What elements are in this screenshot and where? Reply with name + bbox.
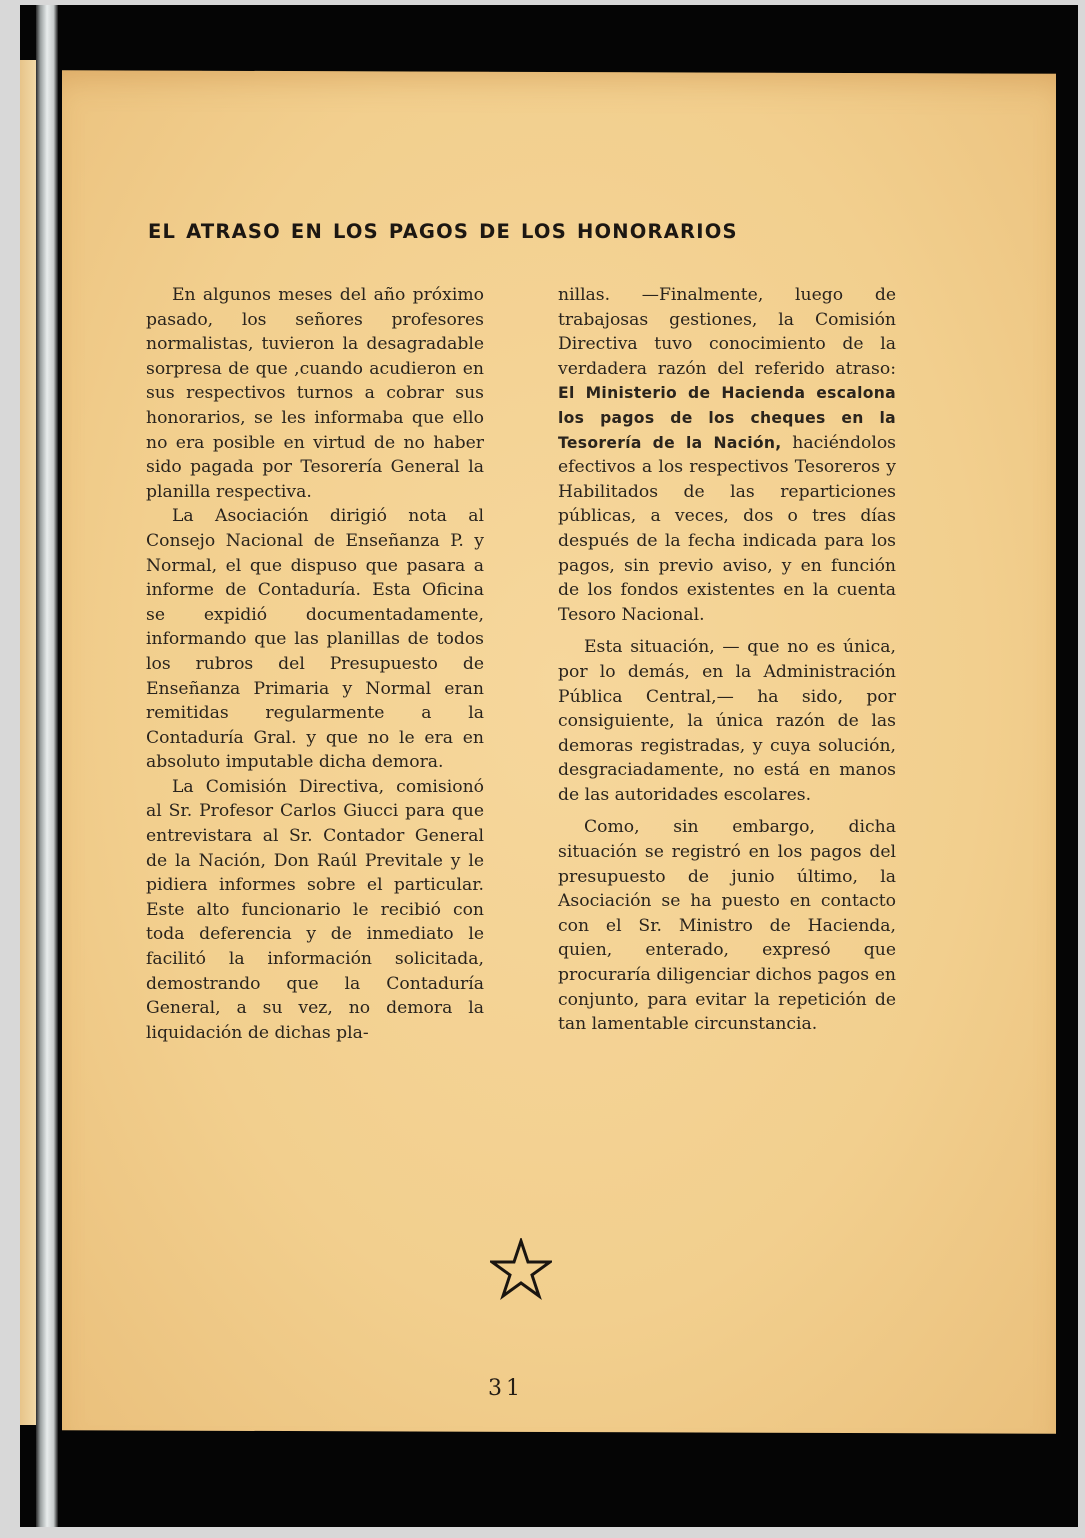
paragraph: nillas. —Finalmente, luego de trabajosas… xyxy=(558,283,896,627)
star-outline-icon xyxy=(490,1238,552,1300)
paragraph-text: nillas. —Finalmente, luego de trabajosas… xyxy=(558,285,896,379)
book-spine xyxy=(36,5,58,1527)
paragraph-text: haciéndolos efectivos a los respectivos … xyxy=(558,433,896,625)
paragraph: La Comisión Directiva, comisionó al Sr. … xyxy=(146,775,484,1046)
paragraph: La Asociación dirigió nota al Consejo Na… xyxy=(146,504,484,775)
paragraph: Esta situación, — que no es única, por l… xyxy=(558,635,896,807)
page-number: 31 xyxy=(488,1376,524,1401)
paragraph: En algunos meses del año próximo pasado,… xyxy=(146,283,484,504)
paragraph: Como, sin embargo, dicha situación se re… xyxy=(558,815,896,1036)
right-column: nillas. —Finalmente, luego de trabajosas… xyxy=(558,283,896,1037)
article-title: EL ATRASO EN LOS PAGOS DE LOS HONORARIOS xyxy=(148,220,738,243)
left-column: En algunos meses del año próximo pasado,… xyxy=(146,283,484,1045)
